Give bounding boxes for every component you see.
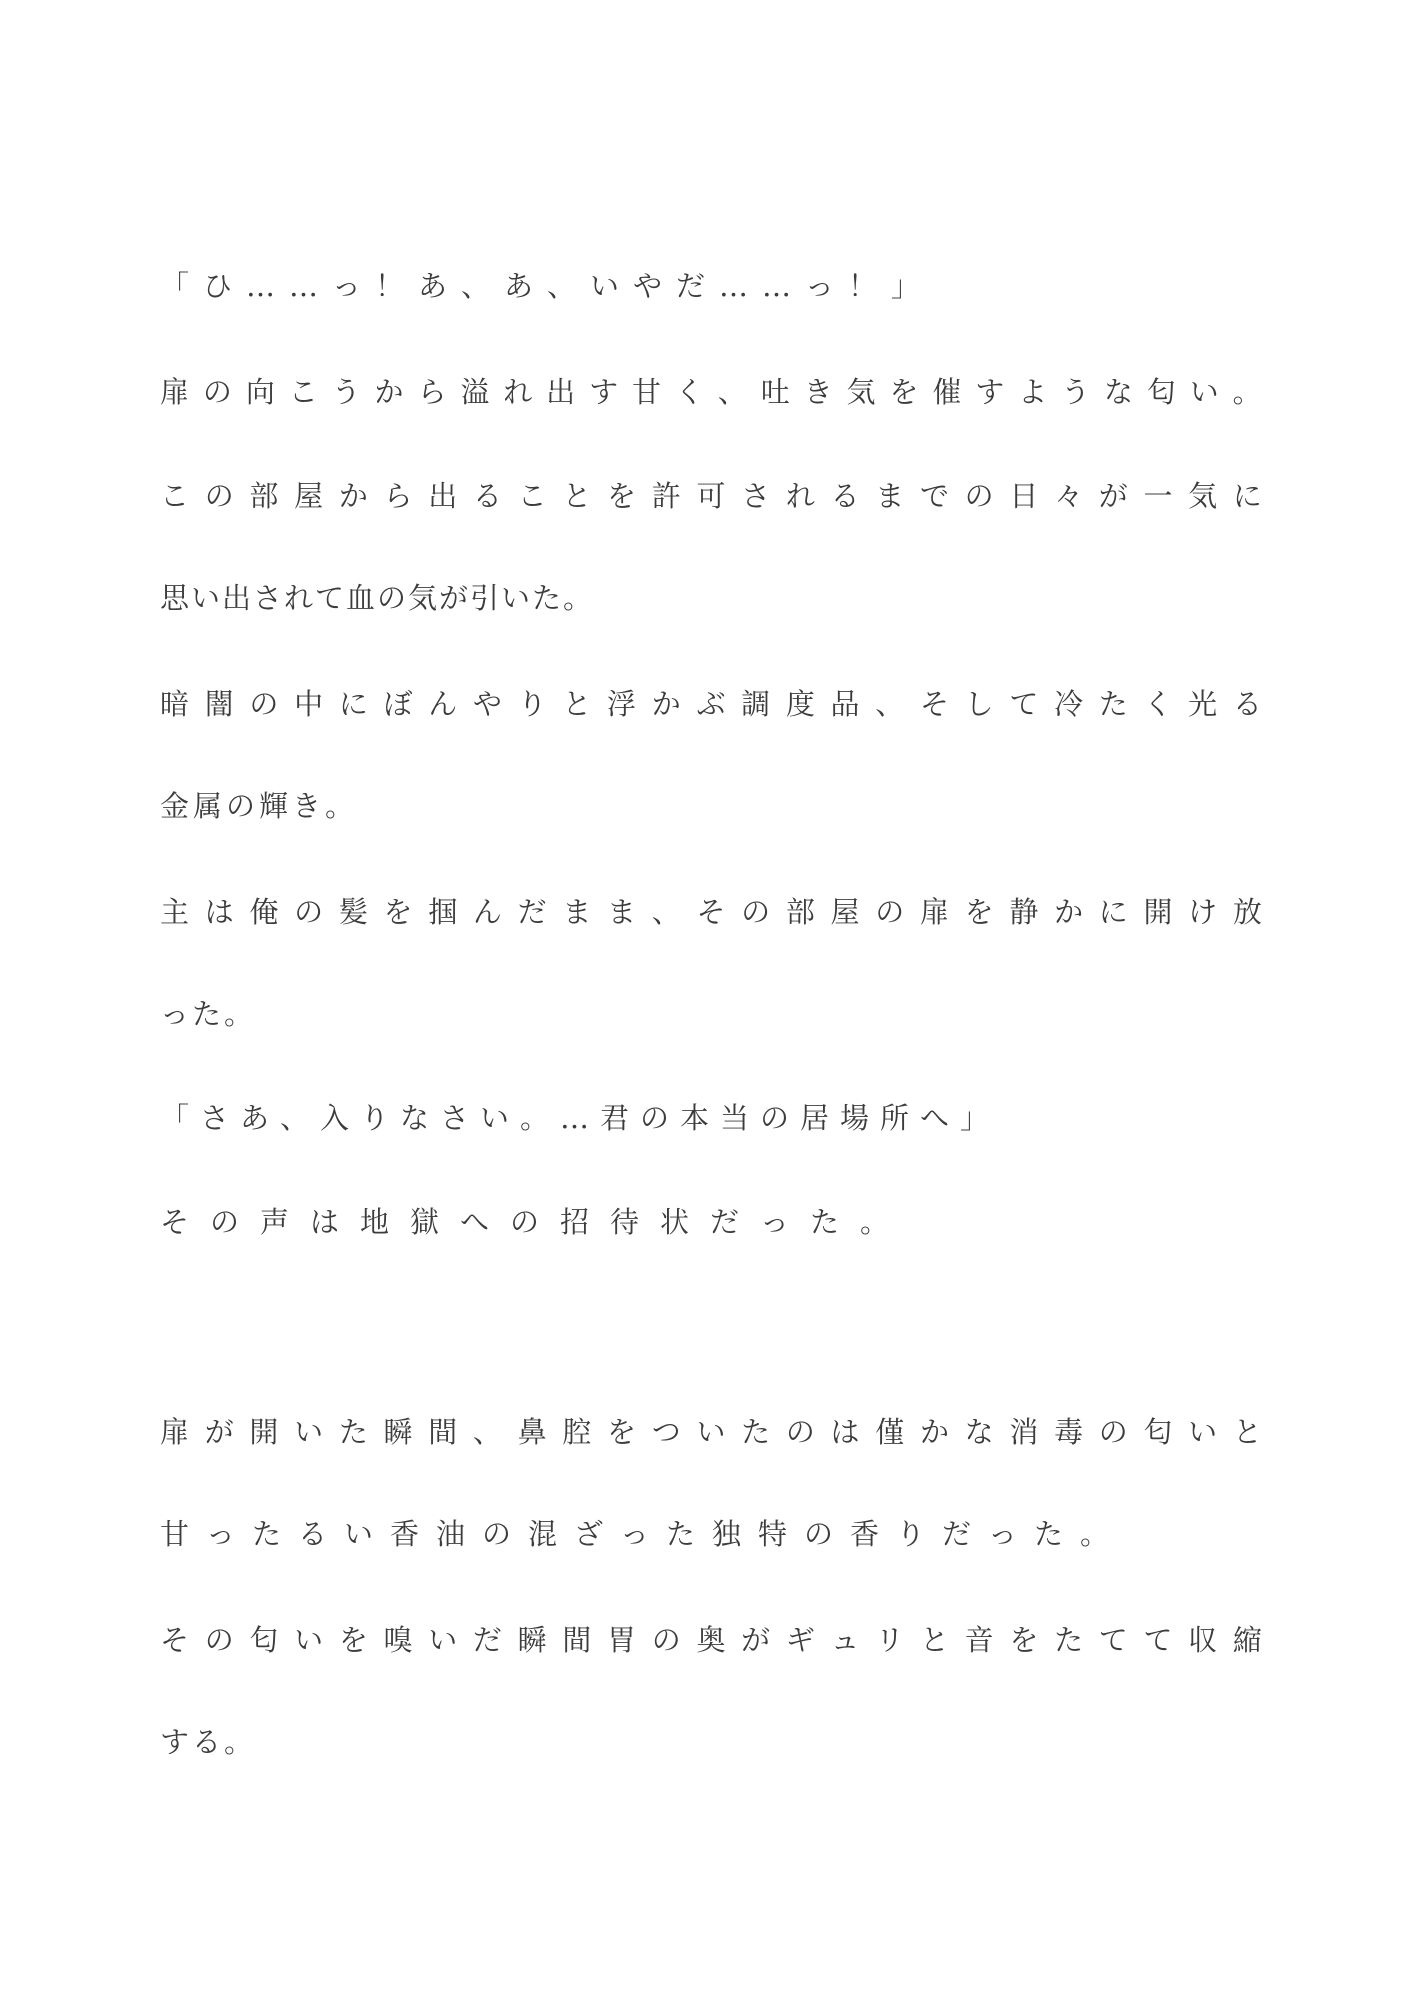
story-line: 主は俺の髪を掴んだまま、その部屋の扉を静かに開け放 [160, 858, 1262, 962]
story-line: 思い出されて血の気が引いた。 [160, 546, 1262, 650]
story-line: する。 [160, 1690, 1262, 1794]
story-line: 暗闇の中にぼんやりと浮かぶ調度品、そして冷たく光る [160, 650, 1262, 754]
story-line: 扉が開いた瞬間、鼻腔をついたのは僅かな消毒の匂いと [160, 1378, 1262, 1482]
story-line: その匂いを嗅いだ瞬間胃の奥がギュリと音をたてて収縮 [160, 1586, 1262, 1690]
story-line: この部屋から出ることを許可されるまでの日々が一気に [160, 442, 1262, 546]
story-line: その声は地獄への招待状だった。 [160, 1170, 1262, 1274]
story-line: 甘ったるい香油の混ざった独特の香りだった。 [160, 1482, 1262, 1586]
story-line-dialogue: 「さあ、入りなさい。…君の本当の居場所へ」 [160, 1066, 1262, 1170]
story-text: 「ひ……っ！あ、あ、いやだ……っ！」 扉の向こうから溢れ出す甘く、吐き気を催すよ… [160, 234, 1262, 1794]
document-page: 「ひ……っ！あ、あ、いやだ……っ！」 扉の向こうから溢れ出す甘く、吐き気を催すよ… [0, 0, 1414, 2000]
story-line-dialogue: 「ひ……っ！あ、あ、いやだ……っ！」 [160, 234, 1262, 338]
story-line: った。 [160, 962, 1262, 1066]
story-line: 扉の向こうから溢れ出す甘く、吐き気を催すような匂い。 [160, 338, 1262, 442]
story-line: 金属の輝き。 [160, 754, 1262, 858]
blank-line [160, 1274, 1262, 1378]
